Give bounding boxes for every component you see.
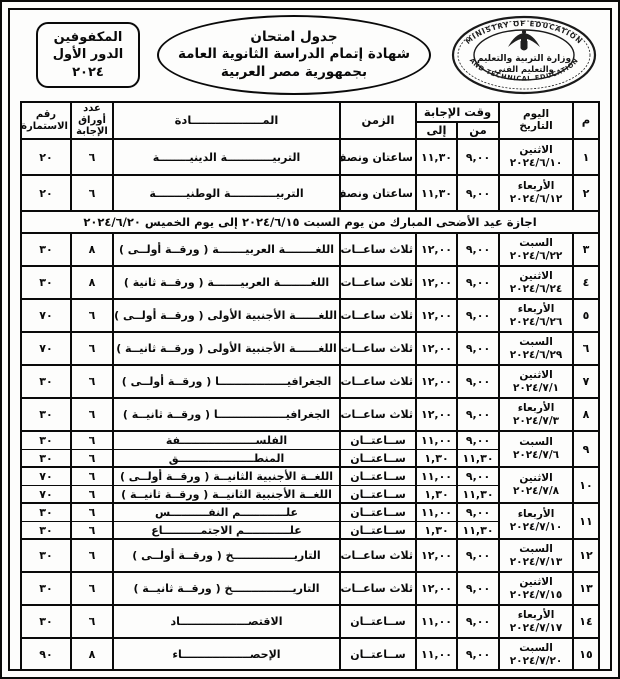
- answer-time-from-cell: ٩,٠٠: [457, 266, 499, 299]
- content-frame: MINISTRY OF EDUCATION AND TECHNICAL EDUC…: [8, 8, 612, 671]
- seal-center-arabic-line1: وزارة التربية والتعليم: [477, 54, 571, 64]
- stacked-values: ٩,٠٠١١,٣٠: [458, 468, 498, 502]
- stacked-value: ٦: [72, 432, 112, 449]
- answer-time-from-cell: ٩,٠٠١١,٣٠: [457, 467, 499, 503]
- table-row: ١الاثنين٢٠٢٤/٦/١٠٩,٠٠١١,٣٠ساعتان ونصفالت…: [21, 139, 599, 175]
- subject-cell: الإحصــــــــــــــــــاء: [113, 638, 340, 671]
- answer-sheets-count-cell: ٨: [71, 266, 113, 299]
- stacked-value: ١١,٣٠: [458, 521, 498, 538]
- answer-time-to-cell: ١٢,٠٠: [416, 332, 457, 365]
- stacked-value: ٦: [72, 468, 112, 485]
- answer-sheets-count-cell: ٦: [71, 605, 113, 638]
- stacked-value: الفلســــــــــــــــــــفة: [114, 432, 339, 449]
- exam-date: ٢٠٢٤/٦/٢٢: [501, 250, 571, 263]
- stacked-values: الفلســــــــــــــــــــفةالمنطــــــــ…: [114, 432, 339, 466]
- answer-time-from-cell: ٩,٠٠: [457, 332, 499, 365]
- stacked-value: ٣٠: [22, 521, 70, 538]
- stacked-value: ٩,٠٠: [458, 432, 498, 449]
- stacked-values: ١١,٠٠١,٣٠: [417, 504, 456, 538]
- table-row: ٨الأربعاء٢٠٢٤/٧/٣٩,٠٠١٢,٠٠ثلاث ساعــاتال…: [21, 398, 599, 431]
- stacked-values: ٣٠٣٠: [22, 504, 70, 538]
- day-name: الأربعاء: [501, 180, 571, 193]
- day-date-cell: السبت٢٠٢٤/٧/١٣: [499, 539, 573, 572]
- day-date-cell: الاثنين٢٠٢٤/٦/٢٤: [499, 266, 573, 299]
- form-number-cell: ٩٠: [21, 638, 71, 671]
- duration-cell: ثلاث ساعــات: [340, 572, 416, 605]
- column-header-from: من: [457, 122, 499, 139]
- exam-round-box: المكفوفين الدور الأول ٢٠٢٤: [36, 22, 140, 89]
- stacked-values: ٩,٠٠١١,٣٠: [458, 432, 498, 466]
- row-number-cell: ١٠: [573, 467, 599, 503]
- stacked-value: ٣٠: [22, 432, 70, 449]
- stacked-values: ســاعتــانســاعتــان: [341, 504, 415, 538]
- row-number-cell: ١٥: [573, 638, 599, 671]
- day-date-cell: الاثنين٢٠٢٤/٦/١٠: [499, 139, 573, 175]
- day-name: الأربعاء: [501, 508, 571, 521]
- duration-cell: ساعتان ونصف: [340, 175, 416, 211]
- stacked-values: ٦٦: [72, 432, 112, 466]
- stacked-values: ١١,٠٠١,٣٠: [417, 468, 456, 502]
- exam-date: ٢٠٢٤/٧/٨: [501, 485, 571, 498]
- table-row: ٤الاثنين٢٠٢٤/٦/٢٤٩,٠٠١٢,٠٠ثلاث ساعــاتال…: [21, 266, 599, 299]
- answer-time-from-cell: ٩,٠٠: [457, 175, 499, 211]
- exam-date: ٢٠٢٤/٧/١٣: [501, 556, 571, 569]
- day-date-cell: الاثنين٢٠٢٤/٧/١٥: [499, 572, 573, 605]
- row-number-cell: ١١: [573, 503, 599, 539]
- stacked-value: ١١,٣٠: [458, 485, 498, 502]
- row-number-cell: ٦: [573, 332, 599, 365]
- exam-date: ٢٠٢٤/٧/٦: [501, 449, 571, 462]
- answer-sheets-count-cell: ٦: [71, 572, 113, 605]
- form-number-cell: ٣٠: [21, 539, 71, 572]
- table-row: ١٤الأربعاء٢٠٢٤/٧/١٧٩,٠٠١١,٠٠ســاعتــانال…: [21, 605, 599, 638]
- row-number-cell: ٨: [573, 398, 599, 431]
- answer-time-to-cell: ١٢,٠٠: [416, 299, 457, 332]
- duration-cell: ثلاث ساعــات: [340, 398, 416, 431]
- stacked-values: ســاعتــانســاعتــان: [341, 468, 415, 502]
- stacked-value: ٦: [72, 521, 112, 538]
- subject-cell: الفلســــــــــــــــــــفةالمنطــــــــ…: [113, 431, 340, 467]
- exam-date: ٢٠٢٤/٦/٢٦: [501, 316, 571, 329]
- day-name: الاثنين: [501, 270, 571, 283]
- document-title-line1: جدول امتحان: [250, 29, 337, 47]
- stacked-value: ســاعتــان: [341, 468, 415, 485]
- day-name: الاثنين: [501, 472, 571, 485]
- answer-time-from-cell: ٩,٠٠: [457, 539, 499, 572]
- answer-sheets-count-cell: ٦: [71, 299, 113, 332]
- duration-cell: ســاعتــان: [340, 638, 416, 671]
- subject-cell: التاريــــــــــــــــخ ( ورقــة ثانيــة…: [113, 572, 340, 605]
- duration-cell: ســاعتــانســاعتــان: [340, 467, 416, 503]
- answer-sheets-count-cell: ٦٦: [71, 467, 113, 503]
- answer-sheets-count-cell: ٦: [71, 539, 113, 572]
- stacked-value: ســاعتــان: [341, 504, 415, 521]
- answer-time-from-cell: ٩,٠٠: [457, 638, 499, 671]
- answer-time-to-cell: ١٢,٠٠: [416, 539, 457, 572]
- form-number-cell: ٧٠٧٠: [21, 467, 71, 503]
- answer-time-from-cell: ٩,٠٠: [457, 605, 499, 638]
- stacked-value: ١,٣٠: [417, 521, 456, 538]
- day-date-cell: السبت٢٠٢٤/٦/٢٢: [499, 233, 573, 266]
- duration-cell: ســاعتــانســاعتــان: [340, 503, 416, 539]
- duration-cell: ثلاث ساعــات: [340, 332, 416, 365]
- answer-time-to-cell: ١١,٠٠: [416, 638, 457, 671]
- stacked-value: ٩,٠٠: [458, 504, 498, 521]
- row-number-cell: ٩: [573, 431, 599, 467]
- answer-sheets-count-cell: ٦: [71, 332, 113, 365]
- subject-cell: اللغــــــة الأجنبية الأولى ( ورقــة أول…: [113, 299, 340, 332]
- answer-time-to-cell: ١٢,٠٠: [416, 572, 457, 605]
- table-row: ٦السبت٢٠٢٤/٦/٢٩٩,٠٠١٢,٠٠ثلاث ساعــاتاللغ…: [21, 332, 599, 365]
- form-number-cell: ٢٠: [21, 139, 71, 175]
- column-header-duration: الزمن: [340, 102, 416, 139]
- stacked-values: ٧٠٧٠: [22, 468, 70, 502]
- duration-cell: ثلاث ساعــات: [340, 539, 416, 572]
- day-date-cell: السبت٢٠٢٤/٦/٢٩: [499, 332, 573, 365]
- holiday-notice: اجازة عيد الأضحى المبارك من يوم السبت ٢٠…: [21, 211, 599, 233]
- table-row: ٧الاثنين٢٠٢٤/٧/١٩,٠٠١٢,٠٠ثلاث ساعــاتالج…: [21, 365, 599, 398]
- day-date-cell: الأربعاء٢٠٢٤/٧/١٧: [499, 605, 573, 638]
- column-header-form-number: رقم الاستمارة: [21, 102, 71, 139]
- stacked-values: ٦٦: [72, 468, 112, 502]
- table-header: م اليوم التاريخ وقت الإجابة الزمن المـــ…: [21, 102, 599, 139]
- subject-cell: الجغرافيــــــــــــــــــا ( ورقــة ثان…: [113, 398, 340, 431]
- table-row: ١٥السبت٢٠٢٤/٧/٢٠٩,٠٠١١,٠٠ســاعتــانالإحص…: [21, 638, 599, 671]
- stacked-value: ســاعتــان: [341, 449, 415, 466]
- stacked-value: ٦: [72, 504, 112, 521]
- stacked-values: اللغــة الأجنبية الثانيــة ( ورقــة أولـ…: [114, 468, 339, 502]
- stacked-value: ١١,٣٠: [458, 449, 498, 466]
- subject-cell: اللغــــــــة العربيـــــــة ( ورقــة ثا…: [113, 266, 340, 299]
- stacked-value: ٣٠: [22, 504, 70, 521]
- stacked-value: ســاعتــان: [341, 432, 415, 449]
- answer-time-from-cell: ٩,٠٠١١,٣٠: [457, 503, 499, 539]
- exam-date: ٢٠٢٤/٧/٣: [501, 415, 571, 428]
- day-name: السبت: [501, 642, 571, 655]
- ministry-seal-icon: MINISTRY OF EDUCATION AND TECHNICAL EDUC…: [448, 13, 600, 97]
- holiday-notice-row: اجازة عيد الأضحى المبارك من يوم السبت ٢٠…: [21, 211, 599, 233]
- stacked-value: ســاعتــان: [341, 521, 415, 538]
- day-date-cell: السبت٢٠٢٤/٧/٦: [499, 431, 573, 467]
- stacked-value: ٧٠: [22, 485, 70, 502]
- subject-cell: علــــــــــــم النفــــــــــسعلـــــــ…: [113, 503, 340, 539]
- stacked-value: اللغــة الأجنبية الثانيــة ( ورقــة أولـ…: [114, 468, 339, 485]
- day-date-cell: الأربعاء٢٠٢٤/٧/١٠: [499, 503, 573, 539]
- row-number-cell: ٣: [573, 233, 599, 266]
- form-number-cell: ٢٠: [21, 175, 71, 211]
- answer-sheets-count-cell: ٦٦: [71, 431, 113, 467]
- day-name: السبت: [501, 543, 571, 556]
- day-date-cell: الاثنين٢٠٢٤/٧/١: [499, 365, 573, 398]
- exam-date: ٢٠٢٤/٦/٢٤: [501, 283, 571, 296]
- eagle-icon: [508, 30, 540, 51]
- answer-sheets-count-cell: ٦: [71, 175, 113, 211]
- stacked-value: ٣٠: [22, 449, 70, 466]
- ministry-seal: MINISTRY OF EDUCATION AND TECHNICAL EDUC…: [448, 13, 600, 97]
- column-header-day: اليوم: [502, 109, 570, 121]
- document-title-line2: شهادة إتمام الدراسة الثانوية العامة: [178, 46, 410, 64]
- stacked-values: ٦٦: [72, 504, 112, 538]
- row-number-cell: ١٤: [573, 605, 599, 638]
- duration-cell: ســاعتــان: [340, 605, 416, 638]
- seal-center-arabic-line2: والتعليم الفني: [494, 64, 554, 75]
- answer-time-to-cell: ١١,٣٠: [416, 139, 457, 175]
- exam-date: ٢٠٢٤/٧/١٥: [501, 589, 571, 602]
- table-row: ٣السبت٢٠٢٤/٦/٢٢٩,٠٠١٢,٠٠ثلاث ساعــاتاللغ…: [21, 233, 599, 266]
- table-row: ١٢السبت٢٠٢٤/٧/١٣٩,٠٠١٢,٠٠ثلاث ساعــاتالت…: [21, 539, 599, 572]
- answer-time-to-cell: ١٢,٠٠: [416, 266, 457, 299]
- answer-time-to-cell: ١١,٠٠١,٣٠: [416, 503, 457, 539]
- exam-date: ٢٠٢٤/٦/١٢: [501, 193, 571, 206]
- day-name: الأربعاء: [501, 303, 571, 316]
- stacked-value: علــــــــــــم الاجتمــــــــــاع: [114, 521, 339, 538]
- answer-time-to-cell: ١١,٠٠١,٣٠: [416, 431, 457, 467]
- subject-cell: اللغــة الأجنبية الثانيــة ( ورقــة أولـ…: [113, 467, 340, 503]
- exam-year-label: ٢٠٢٤: [42, 64, 134, 82]
- stacked-value: ســاعتــان: [341, 485, 415, 502]
- duration-cell: ثلاث ساعــات: [340, 266, 416, 299]
- day-date-cell: الأربعاء٢٠٢٤/٧/٣: [499, 398, 573, 431]
- answer-time-to-cell: ١١,٠٠: [416, 605, 457, 638]
- day-name: الأربعاء: [501, 609, 571, 622]
- student-category-label: المكفوفين: [42, 29, 134, 47]
- stacked-value: اللغــة الأجنبية الثانيــة ( ورقــة ثاني…: [114, 485, 339, 502]
- subject-cell: الجغرافيــــــــــــــــــا ( ورقــة أول…: [113, 365, 340, 398]
- form-number-cell: ٣٠: [21, 605, 71, 638]
- subject-cell: التربيــــــــــــة الدينيــــــــة: [113, 139, 340, 175]
- exam-date: ٢٠٢٤/٧/١٧: [501, 622, 571, 635]
- stacked-value: ٧٠: [22, 468, 70, 485]
- day-name: الاثنين: [501, 144, 571, 157]
- stacked-value: ١١,٠٠: [417, 504, 456, 521]
- answer-time-from-cell: ٩,٠٠: [457, 398, 499, 431]
- answer-time-from-cell: ٩,٠٠: [457, 572, 499, 605]
- stacked-value: ١١,٠٠: [417, 468, 456, 485]
- exam-date: ٢٠٢٤/٦/٢٩: [501, 349, 571, 362]
- column-header-answer-time: وقت الإجابة: [416, 102, 499, 122]
- form-number-cell: ٣٠٣٠: [21, 503, 71, 539]
- row-number-cell: ١٣: [573, 572, 599, 605]
- answer-time-to-cell: ١٢,٠٠: [416, 398, 457, 431]
- column-header-answer-sheets: عدد أوراق الإجابة: [71, 102, 113, 139]
- day-name: الاثنين: [501, 576, 571, 589]
- exam-date: ٢٠٢٤/٦/١٠: [501, 157, 571, 170]
- exam-schedule-document: MINISTRY OF EDUCATION AND TECHNICAL EDUC…: [0, 0, 620, 679]
- subject-cell: اللغــــــــة العربيـــــــة ( ورقــة أو…: [113, 233, 340, 266]
- duration-cell: ثلاث ساعــات: [340, 365, 416, 398]
- stacked-values: ١١,٠٠١,٣٠: [417, 432, 456, 466]
- day-name: الأربعاء: [501, 402, 571, 415]
- row-number-cell: ٧: [573, 365, 599, 398]
- row-number-cell: ١: [573, 139, 599, 175]
- column-header-date: التاريخ: [502, 121, 570, 133]
- form-number-cell: ٧٠: [21, 299, 71, 332]
- stacked-values: علــــــــــــم النفــــــــــسعلـــــــ…: [114, 504, 339, 538]
- title-oval: جدول امتحان شهادة إتمام الدراسة الثانوية…: [157, 15, 431, 95]
- subject-cell: التربيــــــــــــة الوطنيــــــــة: [113, 175, 340, 211]
- schedule-body: ١الاثنين٢٠٢٤/٦/١٠٩,٠٠١١,٣٠ساعتان ونصفالت…: [21, 139, 599, 671]
- answer-sheets-count-cell: ٦: [71, 139, 113, 175]
- form-number-cell: ٣٠: [21, 233, 71, 266]
- exam-date: ٢٠٢٤/٧/١٠: [501, 521, 571, 534]
- day-date-cell: الاثنين٢٠٢٤/٧/٨: [499, 467, 573, 503]
- duration-cell: ساعتان ونصف: [340, 139, 416, 175]
- day-name: السبت: [501, 336, 571, 349]
- table-row: ١٣الاثنين٢٠٢٤/٧/١٥٩,٠٠١٢,٠٠ثلاث ساعــاتا…: [21, 572, 599, 605]
- form-number-cell: ٣٠: [21, 398, 71, 431]
- form-number-cell: ٣٠: [21, 572, 71, 605]
- stacked-value: ٦: [72, 485, 112, 502]
- row-number-cell: ٢: [573, 175, 599, 211]
- exam-round-label: الدور الأول: [42, 46, 134, 64]
- stacked-value: علــــــــــــم النفــــــــــس: [114, 504, 339, 521]
- document-title-line3: بجمهورية مصر العربية: [221, 64, 367, 82]
- stacked-value: ٦: [72, 449, 112, 466]
- exam-schedule-table: م اليوم التاريخ وقت الإجابة الزمن المـــ…: [20, 101, 600, 671]
- table-row: ١٠الاثنين٢٠٢٤/٧/٨٩,٠٠١١,٣٠١١,٠٠١,٣٠ســاع…: [21, 467, 599, 503]
- row-number-cell: ٥: [573, 299, 599, 332]
- stacked-value: ١,٣٠: [417, 449, 456, 466]
- duration-cell: ثلاث ساعــات: [340, 233, 416, 266]
- answer-time-from-cell: ٩,٠٠: [457, 139, 499, 175]
- answer-sheets-count-cell: ٦٦: [71, 503, 113, 539]
- day-date-cell: الأربعاء٢٠٢٤/٦/٢٦: [499, 299, 573, 332]
- stacked-values: ٣٠٣٠: [22, 432, 70, 466]
- stacked-value: المنطــــــــــــــــــــق: [114, 449, 339, 466]
- duration-cell: ثلاث ساعــات: [340, 299, 416, 332]
- document-header: MINISTRY OF EDUCATION AND TECHNICAL EDUC…: [10, 10, 610, 98]
- table-row: ١١الأربعاء٢٠٢٤/٧/١٠٩,٠٠١١,٣٠١١,٠٠١,٣٠ســ…: [21, 503, 599, 539]
- answer-time-from-cell: ٩,٠٠: [457, 365, 499, 398]
- answer-time-from-cell: ٩,٠٠: [457, 233, 499, 266]
- stacked-value: ١,٣٠: [417, 485, 456, 502]
- table-row: ٥الأربعاء٢٠٢٤/٦/٢٦٩,٠٠١٢,٠٠ثلاث ساعــاتا…: [21, 299, 599, 332]
- form-number-cell: ٣٠٣٠: [21, 431, 71, 467]
- answer-sheets-count-cell: ٨: [71, 638, 113, 671]
- duration-cell: ســاعتــانســاعتــان: [340, 431, 416, 467]
- exam-date: ٢٠٢٤/٧/١: [501, 382, 571, 395]
- day-name: السبت: [501, 436, 571, 449]
- column-header-subject: المــــــــــــــــــادة: [113, 102, 340, 139]
- day-date-cell: السبت٢٠٢٤/٧/٢٠: [499, 638, 573, 671]
- subject-cell: التاريــــــــــــــــخ ( ورقــة أولــى …: [113, 539, 340, 572]
- day-name: الاثنين: [501, 369, 571, 382]
- stacked-value: ١١,٠٠: [417, 432, 456, 449]
- form-number-cell: ٧٠: [21, 332, 71, 365]
- stacked-values: ســاعتــانســاعتــان: [341, 432, 415, 466]
- answer-time-from-cell: ٩,٠٠١١,٣٠: [457, 431, 499, 467]
- answer-time-to-cell: ١٢,٠٠: [416, 365, 457, 398]
- table-row: ٩السبت٢٠٢٤/٧/٦٩,٠٠١١,٣٠١١,٠٠١,٣٠ســاعتــ…: [21, 431, 599, 467]
- answer-time-to-cell: ١١,٣٠: [416, 175, 457, 211]
- answer-sheets-count-cell: ٦: [71, 398, 113, 431]
- form-number-cell: ٣٠: [21, 266, 71, 299]
- row-number-cell: ٤: [573, 266, 599, 299]
- day-name: السبت: [501, 237, 571, 250]
- answer-sheets-count-cell: ٨: [71, 233, 113, 266]
- column-header-to: إلى: [416, 122, 457, 139]
- table-row: ٢الأربعاء٢٠٢٤/٦/١٢٩,٠٠١١,٣٠ساعتان ونصفال…: [21, 175, 599, 211]
- row-number-cell: ١٢: [573, 539, 599, 572]
- exam-date: ٢٠٢٤/٧/٢٠: [501, 655, 571, 668]
- day-date-cell: الأربعاء٢٠٢٤/٦/١٢: [499, 175, 573, 211]
- answer-time-to-cell: ١١,٠٠١,٣٠: [416, 467, 457, 503]
- stacked-values: ٩,٠٠١١,٣٠: [458, 504, 498, 538]
- answer-time-from-cell: ٩,٠٠: [457, 299, 499, 332]
- form-number-cell: ٣٠: [21, 365, 71, 398]
- answer-time-to-cell: ١٢,٠٠: [416, 233, 457, 266]
- answer-sheets-count-cell: ٦: [71, 365, 113, 398]
- column-header-day-date: اليوم التاريخ: [499, 102, 573, 139]
- subject-cell: اللغــــــة الأجنبية الأولى ( ورقــة ثان…: [113, 332, 340, 365]
- stacked-value: ٩,٠٠: [458, 468, 498, 485]
- column-header-number: م: [573, 102, 599, 139]
- subject-cell: الاقتصــــــــــــــــــاد: [113, 605, 340, 638]
